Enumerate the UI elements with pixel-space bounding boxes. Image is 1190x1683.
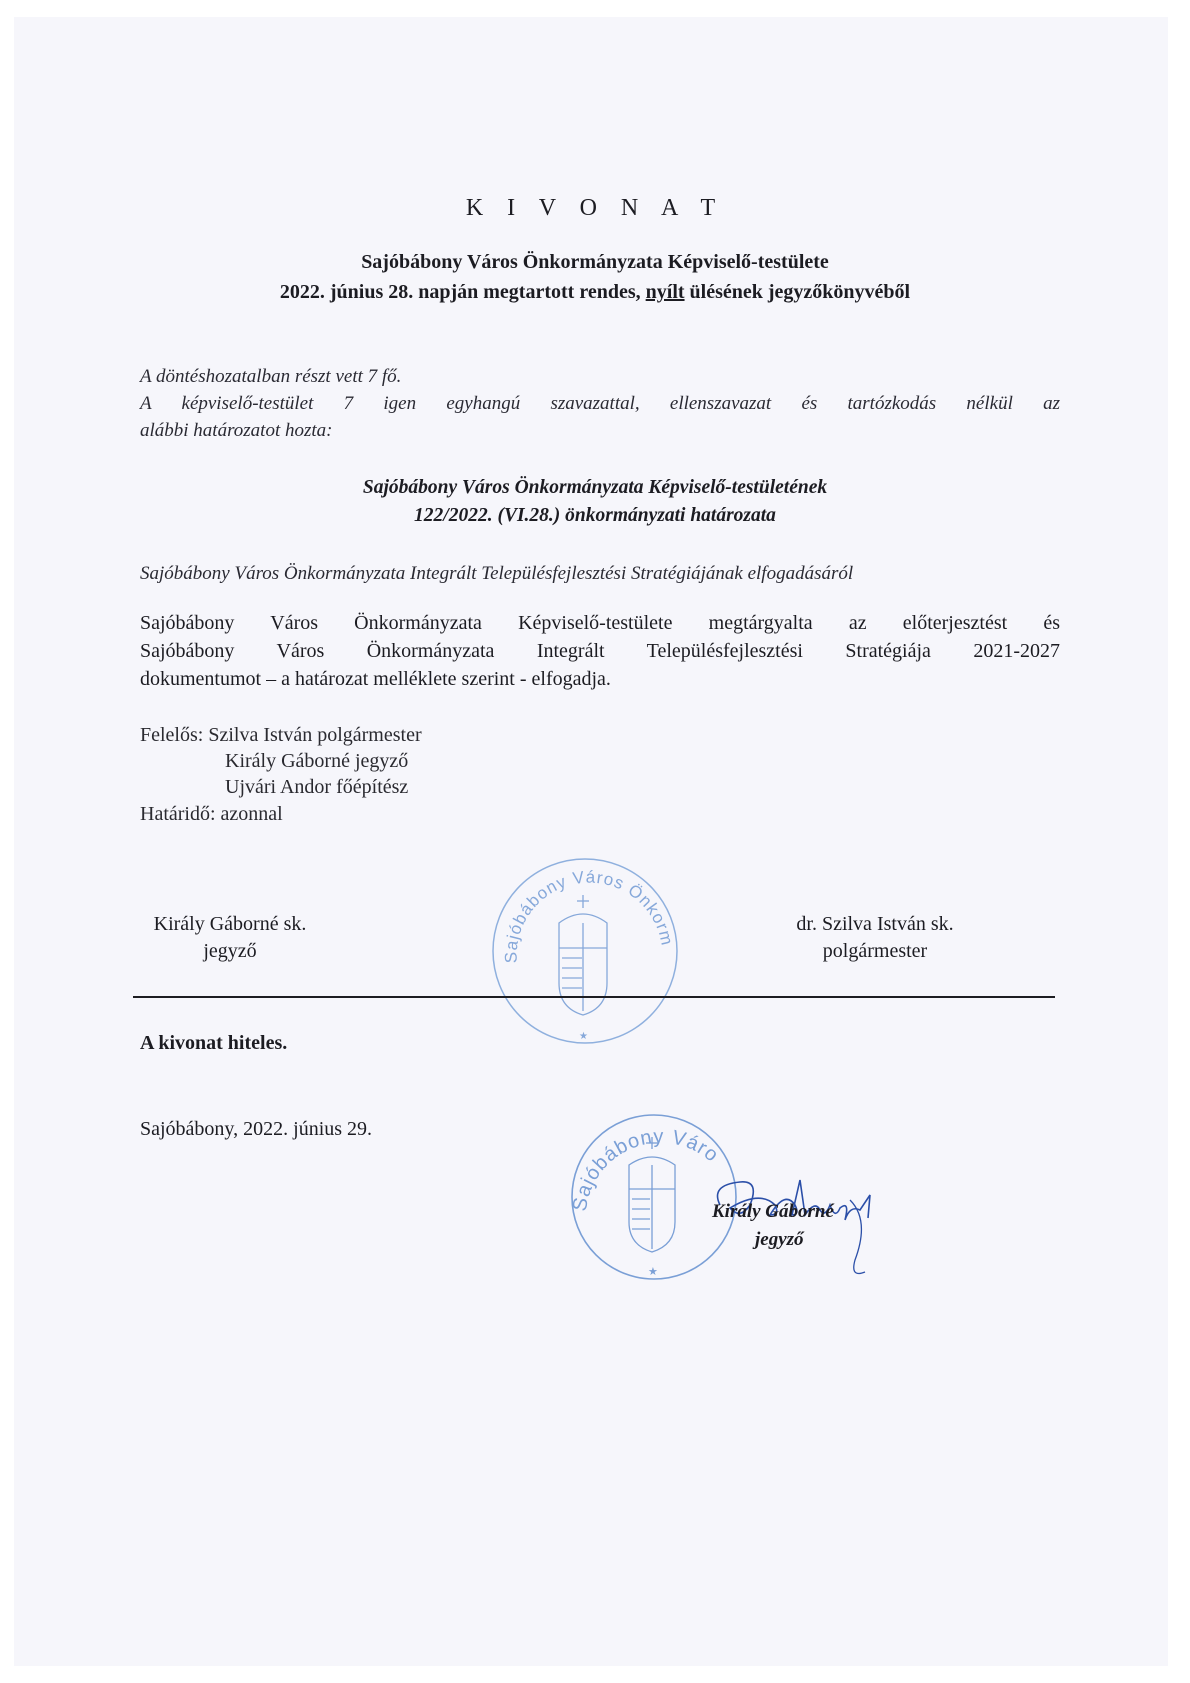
- vote-line-1: A képviselő-testület 7 igen egyhangú sza…: [140, 393, 1060, 415]
- signature-left-role: jegyző: [120, 940, 340, 963]
- body-line-3: dokumentumot – a határozat melléklete sz…: [140, 668, 1060, 691]
- certifier-name: Király Gáborné: [712, 1201, 834, 1223]
- body-line-1: Sajóbábony Város Önkormányzata Képviselő…: [140, 612, 1060, 635]
- header-line-2: 2022. június 28. napján megtartott rende…: [0, 281, 1190, 304]
- responsible-line-2: Király Gáborné jegyző: [225, 750, 408, 773]
- responsible-line-1: Felelős: Szilva István polgármester: [140, 724, 422, 747]
- deadline-line: Határidő: azonnal: [140, 803, 283, 826]
- signature-left-name: Király Gáborné sk.: [120, 913, 340, 936]
- council-stamp-icon: Sajóbábony Város Önkormányzata ★: [487, 853, 683, 1049]
- participants-line: A döntéshozatalban részt vett 7 fő.: [140, 366, 401, 388]
- header-underlined-word: nyílt: [646, 281, 685, 303]
- certifier-role: jegyző: [755, 1229, 804, 1251]
- header-line-2-post: ülésének jegyzőkönyvéből: [685, 281, 911, 303]
- signature-right-role: polgármester: [765, 940, 985, 963]
- separator-line: [133, 996, 1055, 998]
- resolution-subject: Sajóbábony Város Önkormányzata Integrált…: [140, 563, 1060, 585]
- svg-text:★: ★: [579, 1031, 588, 1042]
- place-and-date: Sajóbábony, 2022. június 29.: [140, 1118, 372, 1141]
- resolution-title-1: Sajóbábony Város Önkormányzata Képviselő…: [0, 477, 1190, 499]
- resolution-title-2: 122/2022. (VI.28.) önkormányzati határoz…: [0, 505, 1190, 527]
- responsible-line-3: Ujvári Andor főépítész: [225, 776, 408, 799]
- vote-line-2: alábbi határozatot hozta:: [140, 420, 332, 442]
- body-line-2: Sajóbábony Város Önkormányzata Integrált…: [140, 640, 1060, 663]
- authenticity-statement: A kivonat hiteles.: [140, 1032, 287, 1055]
- signature-right-name: dr. Szilva István sk.: [765, 913, 985, 936]
- header-line-1: Sajóbábony Város Önkormányzata Képviselő…: [0, 251, 1190, 274]
- header-line-2-pre: 2022. június 28. napján megtartott rende…: [280, 281, 646, 303]
- document-title: K I V O N A T: [0, 195, 1190, 222]
- council-stamp-text: Sajóbábony Város Önkormányzata: [487, 853, 677, 963]
- svg-text:★: ★: [648, 1266, 658, 1278]
- svg-text:Sajóbábony Város Önkormányzata: Sajóbábony Város Önkormányzata: [487, 853, 677, 963]
